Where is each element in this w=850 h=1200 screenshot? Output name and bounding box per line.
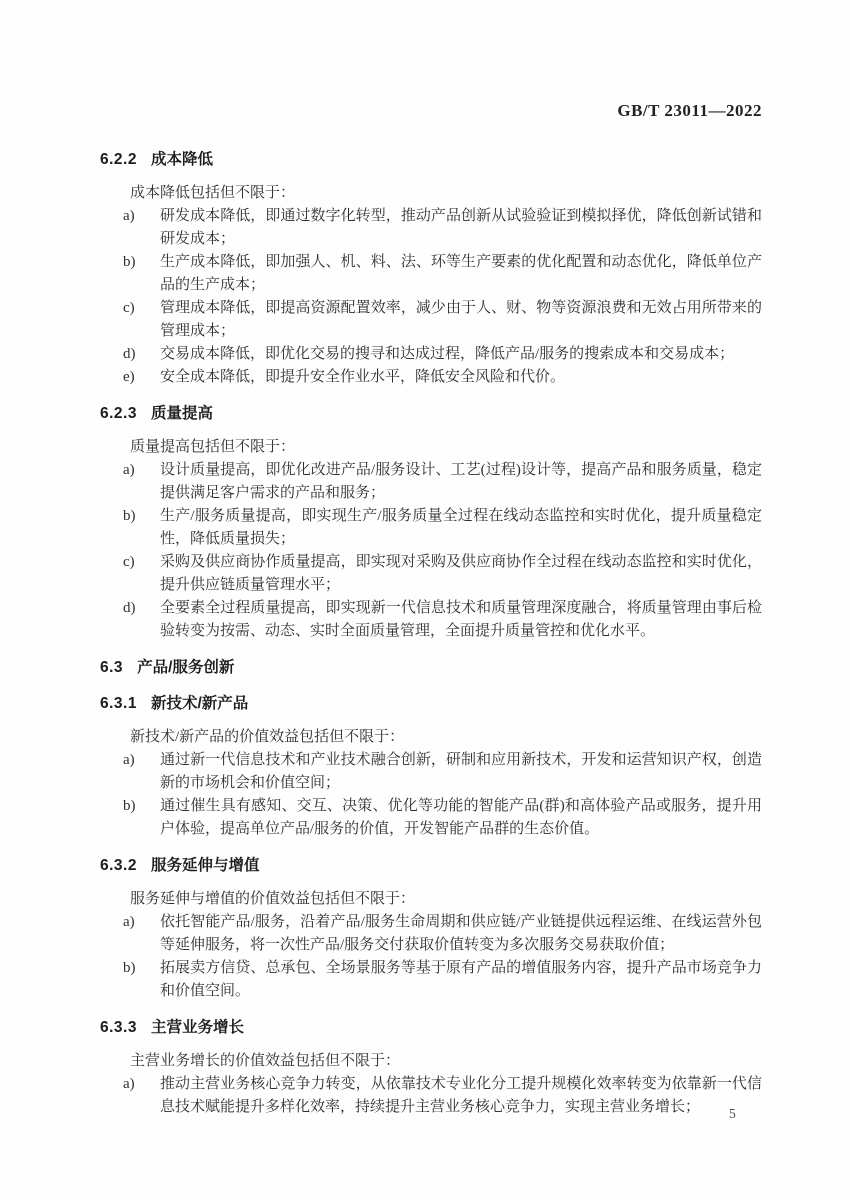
item-marker: c) <box>123 297 160 343</box>
section-6-3: 6.3产品/服务创新 <box>100 656 762 679</box>
section-6-3-1: 6.3.1新技术/新产品 新技术/新产品的价值效益包括但不限于： a) 通过新一… <box>100 692 762 841</box>
item-text: 推动主营业务核心竞争力转变，从依靠技术专业化分工提升规模化效率转变为依靠新一代信… <box>160 1073 762 1119</box>
item-text: 研发成本降低，即通过数字化转型，推动产品创新从试验验证到模拟择优，降低创新试错和… <box>160 205 762 251</box>
section-title: 产品/服务创新 <box>137 659 234 676</box>
item-list: a) 设计质量提高，即优化改进产品/服务设计、工艺(过程)设计等，提高产品和服务… <box>100 459 762 643</box>
item-text: 全要素全过程质量提高，即实现新一代信息技术和质量管理深度融合，将质量管理由事后检… <box>160 597 762 643</box>
list-item: a) 设计质量提高，即优化改进产品/服务设计、工艺(过程)设计等，提高产品和服务… <box>100 459 762 505</box>
section-title: 新技术/新产品 <box>151 695 248 712</box>
item-marker: a) <box>123 1073 160 1119</box>
section-heading: 6.3.2服务延伸与增值 <box>100 854 762 877</box>
list-item: a) 依托智能产品/服务，沿着产品/服务生命周期和供应链/产业链提供远程运维、在… <box>100 911 762 957</box>
item-text: 依托智能产品/服务，沿着产品/服务生命周期和供应链/产业链提供远程运维、在线运营… <box>160 911 762 957</box>
item-list: a) 推动主营业务核心竞争力转变，从依靠技术专业化分工提升规模化效率转变为依靠新… <box>100 1073 762 1119</box>
item-marker: b) <box>123 505 160 551</box>
section-heading: 6.2.2成本降低 <box>100 148 762 171</box>
list-item: e) 安全成本降低，即提升安全作业水平，降低安全风险和代价。 <box>100 366 762 389</box>
item-text: 安全成本降低，即提升安全作业水平，降低安全风险和代价。 <box>160 366 762 389</box>
list-item: a) 推动主营业务核心竞争力转变，从依靠技术专业化分工提升规模化效率转变为依靠新… <box>100 1073 762 1119</box>
item-text: 拓展卖方信贷、总承包、全场景服务等基于原有产品的增值服务内容，提升产品市场竞争力… <box>160 957 762 1003</box>
item-text: 设计质量提高，即优化改进产品/服务设计、工艺(过程)设计等，提高产品和服务质量，… <box>160 459 762 505</box>
item-text: 通过新一代信息技术和产业技术融合创新，研制和应用新技术，开发和运营知识产权，创造… <box>160 749 762 795</box>
section-6-3-2: 6.3.2服务延伸与增值 服务延伸与增值的价值效益包括但不限于： a) 依托智能… <box>100 854 762 1003</box>
item-marker: a) <box>123 749 160 795</box>
section-number: 6.3 <box>100 659 123 676</box>
section-number: 6.3.3 <box>100 1019 137 1036</box>
section-6-2-3: 6.2.3质量提高 质量提高包括但不限于： a) 设计质量提高，即优化改进产品/… <box>100 402 762 643</box>
item-text: 管理成本降低，即提高资源配置效率，减少由于人、财、物等资源浪费和无效占用所带来的… <box>160 297 762 343</box>
page-number: 5 <box>729 1106 736 1122</box>
item-list: a) 通过新一代信息技术和产业技术融合创新，研制和应用新技术，开发和运营知识产权… <box>100 749 762 841</box>
section-title: 主营业务增长 <box>151 1019 244 1036</box>
section-number: 6.3.1 <box>100 695 137 712</box>
list-item: c) 采购及供应商协作质量提高，即实现对采购及供应商协作全过程在线动态监控和实时… <box>100 551 762 597</box>
item-marker: a) <box>123 205 160 251</box>
section-intro: 新技术/新产品的价值效益包括但不限于： <box>130 726 762 749</box>
item-list: a) 研发成本降低，即通过数字化转型，推动产品创新从试验验证到模拟择优，降低创新… <box>100 205 762 389</box>
section-number: 6.2.3 <box>100 405 137 422</box>
item-marker: b) <box>123 957 160 1003</box>
item-marker: d) <box>123 343 160 366</box>
section-number: 6.3.2 <box>100 857 137 874</box>
section-6-2-2: 6.2.2成本降低 成本降低包括但不限于： a) 研发成本降低，即通过数字化转型… <box>100 148 762 389</box>
standard-number-header: GB/T 23011—2022 <box>617 101 762 121</box>
section-heading: 6.3.3主营业务增长 <box>100 1016 762 1039</box>
page-content: 6.2.2成本降低 成本降低包括但不限于： a) 研发成本降低，即通过数字化转型… <box>100 148 762 1119</box>
document-page: GB/T 23011—2022 6.2.2成本降低 成本降低包括但不限于： a)… <box>0 0 850 1200</box>
list-item: b) 拓展卖方信贷、总承包、全场景服务等基于原有产品的增值服务内容，提升产品市场… <box>100 957 762 1003</box>
item-text: 生产成本降低，即加强人、机、料、法、环等生产要素的优化配置和动态优化，降低单位产… <box>160 251 762 297</box>
list-item: d) 全要素全过程质量提高，即实现新一代信息技术和质量管理深度融合，将质量管理由… <box>100 597 762 643</box>
section-title: 成本降低 <box>151 151 213 168</box>
section-heading: 6.3产品/服务创新 <box>100 656 762 679</box>
list-item: d) 交易成本降低，即优化交易的搜寻和达成过程，降低产品/服务的搜索成本和交易成… <box>100 343 762 366</box>
item-marker: b) <box>123 795 160 841</box>
item-list: a) 依托智能产品/服务，沿着产品/服务生命周期和供应链/产业链提供远程运维、在… <box>100 911 762 1003</box>
list-item: b) 生产成本降低，即加强人、机、料、法、环等生产要素的优化配置和动态优化，降低… <box>100 251 762 297</box>
list-item: a) 通过新一代信息技术和产业技术融合创新，研制和应用新技术，开发和运营知识产权… <box>100 749 762 795</box>
item-marker: a) <box>123 911 160 957</box>
section-intro: 主营业务增长的价值效益包括但不限于： <box>130 1050 762 1073</box>
list-item: a) 研发成本降低，即通过数字化转型，推动产品创新从试验验证到模拟择优，降低创新… <box>100 205 762 251</box>
section-intro: 服务延伸与增值的价值效益包括但不限于： <box>130 888 762 911</box>
list-item: b) 通过催生具有感知、交互、决策、优化等功能的智能产品(群)和高体验产品或服务… <box>100 795 762 841</box>
section-intro: 成本降低包括但不限于： <box>130 182 762 205</box>
item-text: 交易成本降低，即优化交易的搜寻和达成过程，降低产品/服务的搜索成本和交易成本； <box>160 343 762 366</box>
section-number: 6.2.2 <box>100 151 137 168</box>
section-heading: 6.3.1新技术/新产品 <box>100 692 762 715</box>
section-heading: 6.2.3质量提高 <box>100 402 762 425</box>
item-marker: c) <box>123 551 160 597</box>
item-marker: a) <box>123 459 160 505</box>
item-marker: e) <box>123 366 160 389</box>
list-item: b) 生产/服务质量提高，即实现生产/服务质量全过程在线动态监控和实时优化，提升… <box>100 505 762 551</box>
item-text: 通过催生具有感知、交互、决策、优化等功能的智能产品(群)和高体验产品或服务，提升… <box>160 795 762 841</box>
item-marker: d) <box>123 597 160 643</box>
item-text: 生产/服务质量提高，即实现生产/服务质量全过程在线动态监控和实时优化，提升质量稳… <box>160 505 762 551</box>
item-text: 采购及供应商协作质量提高，即实现对采购及供应商协作全过程在线动态监控和实时优化，… <box>160 551 762 597</box>
section-title: 服务延伸与增值 <box>151 857 260 874</box>
section-6-3-3: 6.3.3主营业务增长 主营业务增长的价值效益包括但不限于： a) 推动主营业务… <box>100 1016 762 1119</box>
section-title: 质量提高 <box>151 405 213 422</box>
item-marker: b) <box>123 251 160 297</box>
list-item: c) 管理成本降低，即提高资源配置效率，减少由于人、财、物等资源浪费和无效占用所… <box>100 297 762 343</box>
section-intro: 质量提高包括但不限于： <box>130 436 762 459</box>
